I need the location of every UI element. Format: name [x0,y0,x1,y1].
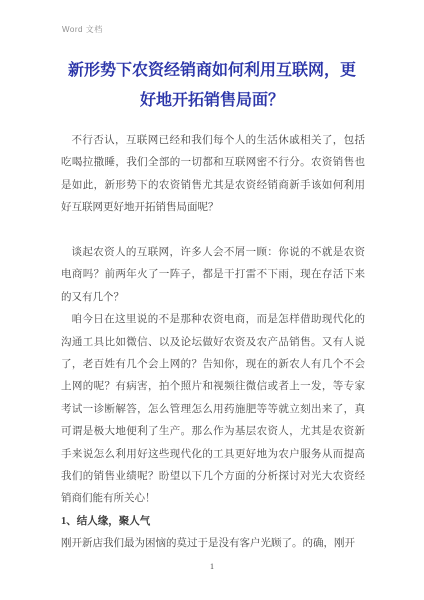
paragraph: 刚开新店我们最为困恼的莫过于是没有客户光顾了。的确，刚开 [61,533,365,555]
page-number: 1 [0,561,424,572]
word-document-page: Word 文档 新形势下农资经销商如何利用互联网，更好地开拓销售局面？ 不行否认… [0,0,424,600]
section-heading: 1、结人缘，聚人气 [61,511,365,533]
document-body: 不行否认，互联网已经和我们每个人的生活休戚相关了，包括吃喝拉撒睡，我们全部的一切… [61,130,365,556]
paragraph: 谈起农资人的互联网，许多人会不屑一顾：你说的不就是农资电商吗？前两年火了一阵子，… [61,242,365,309]
word-doc-label: Word 文档 [62,25,103,35]
document-title: 新形势下农资经销商如何利用互联网，更好地开拓销售局面？ [64,56,360,116]
paragraph: 不行否认，互联网已经和我们每个人的生活休戚相关了，包括吃喝拉撒睡，我们全部的一切… [61,130,365,220]
paragraph: 咱今日在这里说的不是那种农资电商，而是怎样借助现代化的沟通工具比如微信、以及论坛… [61,309,365,511]
